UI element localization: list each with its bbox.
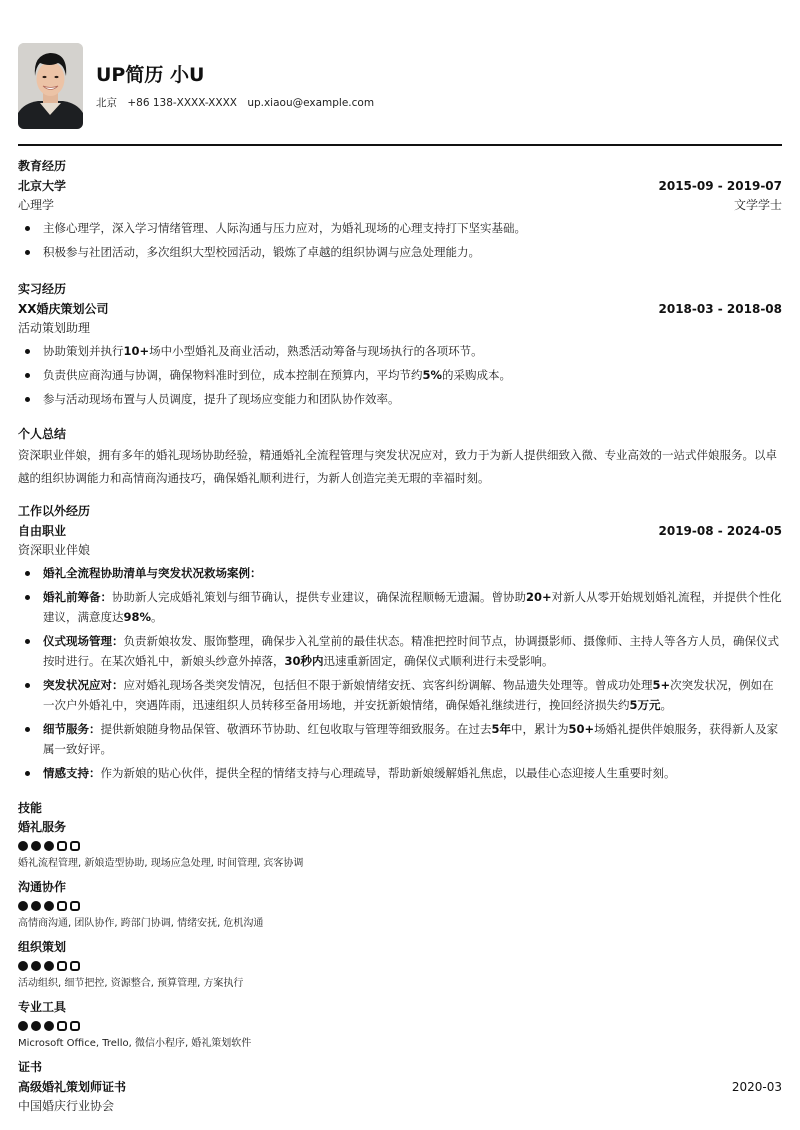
resume-body: 教育经历 北京大学 2015-09 - 2019-07 心理学 文学学士 主修心… [18, 157, 782, 1115]
filled-dot-icon [44, 841, 54, 851]
filled-dot-icon [18, 961, 28, 971]
bullet-text: 负责供应商沟通与协调，确保物料准时到位，成本控制在预算内，平均节约 [43, 368, 423, 382]
bullet-text: 的采购成本。 [442, 368, 511, 382]
list-item: 婚礼全流程协助清单与突发状况救场案例： [18, 563, 782, 583]
skill-name: 沟通协作 [18, 878, 782, 897]
bullet-highlight: 5% [423, 368, 443, 382]
filled-dot-icon [18, 901, 28, 911]
bullet-heading: 婚礼全流程协助清单与突发状况救场案例： [43, 566, 262, 580]
education-major: 心理学 [18, 196, 54, 214]
school-name: 北京大学 [18, 176, 66, 196]
filled-dot-icon [31, 841, 41, 851]
bullet-text: 。 [151, 610, 163, 624]
bullet-text: 迅速重新固定，确保仪式顺利进行未受影响。 [324, 654, 554, 668]
other-experience-section: 工作以外经历 自由职业 2019-08 - 2024-05 资深职业伴娘 婚礼全… [18, 502, 782, 783]
bullet-highlight: 30秒内 [285, 654, 324, 668]
section-title-summary: 个人总结 [18, 425, 782, 444]
empty-dot-icon [70, 901, 80, 911]
empty-dot-icon [57, 1021, 67, 1031]
section-title-certificates: 证书 [18, 1058, 782, 1077]
filled-dot-icon [44, 901, 54, 911]
summary-text: 资深职业伴娘，拥有多年的婚礼现场协助经验，精通婚礼全流程管理与突发状况应对，致力… [18, 444, 782, 490]
empty-dot-icon [57, 961, 67, 971]
empty-dot-icon [70, 1021, 80, 1031]
bullet-text: 协助策划并执行 [43, 344, 124, 358]
certificate-date: 2020-03 [732, 1077, 782, 1097]
list-item: 情感支持：作为新娘的贴心伙伴，提供全程的情绪支持与心理疏导，帮助新娘缓解婚礼焦虑… [18, 763, 782, 783]
education-bullets: 主修心理学，深入学习情绪管理、人际沟通与压力应对，为婚礼现场的心理支持打下坚实基… [18, 218, 782, 262]
filled-dot-icon [31, 1021, 41, 1031]
bullet-text: 作为新娘的贴心伙伴，提供全程的情绪支持与心理疏导，帮助新娘缓解婚礼焦虑，以最佳心… [101, 766, 676, 780]
list-item: 参与活动现场布置与人员调度，提升了现场应变能力和团队协作效率。 [18, 389, 782, 409]
org-name: 自由职业 [18, 521, 66, 541]
bullet-highlight: 5万元 [630, 698, 661, 712]
bullet-heading: 仪式现场管理： [43, 634, 124, 648]
skill-keywords: 婚礼流程管理, 新娘造型协助, 现场应急处理, 时间管理, 宾客协调 [18, 855, 782, 872]
contact-email[interactable]: up.xiaou@example.com [247, 97, 374, 109]
candidate-name: UP简历 小U [96, 63, 381, 87]
empty-dot-icon [57, 841, 67, 851]
empty-dot-icon [57, 901, 67, 911]
company-name: XX婚庆策划公司 [18, 299, 109, 319]
header-divider [18, 144, 782, 146]
contact-city: 北京 [96, 97, 117, 109]
portrait-image-icon [18, 43, 83, 129]
education-date: 2015-09 - 2019-07 [659, 176, 783, 196]
bullet-heading: 情感支持： [43, 766, 101, 780]
skill-keywords: 活动组织, 细节把控, 资源整合, 预算管理, 方案执行 [18, 975, 782, 992]
filled-dot-icon [18, 1021, 28, 1031]
resume-header: UP简历 小U 北京 +86 138-XXXX-XXXX up.xiaou@ex… [18, 43, 381, 129]
bullet-text: 提供新娘随身物品保管、敬酒环节协助、红包收取与管理等细致服务。在过去 [101, 722, 492, 736]
skill-level-rating [18, 840, 782, 851]
skill-keywords: 高情商沟通, 团队协作, 跨部门协调, 情绪安抚, 危机沟通 [18, 915, 782, 932]
bullet-highlight: 50+ [569, 722, 595, 736]
skill-item: 专业工具Microsoft Office, Trello, 微信小程序, 婚礼策… [18, 998, 782, 1052]
internship-date: 2018-03 - 2018-08 [659, 299, 783, 319]
section-title-other-experience: 工作以外经历 [18, 502, 782, 521]
section-title-skills: 技能 [18, 799, 782, 818]
list-item: 积极参与社团活动，多次组织大型校园活动，锻炼了卓越的组织协调与应急处理能力。 [18, 242, 782, 262]
bullet-text: 场中小型婚礼及商业活动，熟悉活动筹备与现场执行的各项环节。 [149, 344, 483, 358]
section-title-internship: 实习经历 [18, 280, 782, 299]
bullet-highlight: 5年 [492, 722, 512, 736]
other-experience-role: 资深职业伴娘 [18, 541, 782, 559]
contact-phone: +86 138-XXXX-XXXX [127, 97, 237, 109]
education-degree: 文学学士 [734, 196, 782, 214]
skill-name: 组织策划 [18, 938, 782, 957]
list-item: 婚礼前筹备：协助新人完成婚礼策划与细节确认，提供专业建议，确保流程顺畅无遗漏。曾… [18, 587, 782, 627]
skill-keywords: Microsoft Office, Trello, 微信小程序, 婚礼策划软件 [18, 1035, 782, 1052]
profile-photo [18, 43, 83, 129]
skill-level-rating [18, 960, 782, 971]
education-section: 教育经历 北京大学 2015-09 - 2019-07 心理学 文学学士 主修心… [18, 157, 782, 262]
filled-dot-icon [31, 901, 41, 911]
bullet-text: 中，累计为 [511, 722, 569, 736]
skill-name: 专业工具 [18, 998, 782, 1017]
skill-level-rating [18, 1020, 782, 1031]
skill-name: 婚礼服务 [18, 818, 782, 837]
filled-dot-icon [44, 961, 54, 971]
summary-section: 个人总结 资深职业伴娘，拥有多年的婚礼现场协助经验，精通婚礼全流程管理与突发状况… [18, 425, 782, 490]
skill-item: 婚礼服务婚礼流程管理, 新娘造型协助, 现场应急处理, 时间管理, 宾客协调 [18, 818, 782, 872]
bullet-heading: 突发状况应对： [43, 678, 124, 692]
list-item: 突发状况应对：应对婚礼现场各类突发情况，包括但不限于新娘情绪安抚、宾客纠纷调解、… [18, 675, 782, 715]
certificate-name: 高级婚礼策划师证书 [18, 1077, 126, 1097]
filled-dot-icon [31, 961, 41, 971]
list-item: 细节服务：提供新娘随身物品保管、敬酒环节协助、红包收取与管理等细致服务。在过去5… [18, 719, 782, 759]
bullet-highlight: 98% [124, 610, 152, 624]
bullet-highlight: 20+ [526, 590, 552, 604]
internship-role: 活动策划助理 [18, 319, 782, 337]
other-experience-date: 2019-08 - 2024-05 [659, 521, 783, 541]
bullet-text: 。 [661, 698, 673, 712]
skills-section: 技能 婚礼服务婚礼流程管理, 新娘造型协助, 现场应急处理, 时间管理, 宾客协… [18, 799, 782, 1052]
skill-item: 组织策划活动组织, 细节把控, 资源整合, 预算管理, 方案执行 [18, 938, 782, 992]
list-item: 主修心理学，深入学习情绪管理、人际沟通与压力应对，为婚礼现场的心理支持打下坚实基… [18, 218, 782, 238]
bullet-highlight: 5+ [653, 678, 671, 692]
skill-item: 沟通协作高情商沟通, 团队协作, 跨部门协调, 情绪安抚, 危机沟通 [18, 878, 782, 932]
filled-dot-icon [44, 1021, 54, 1031]
bullet-heading: 细节服务： [43, 722, 101, 736]
certificate-issuer: 中国婚庆行业协会 [18, 1097, 782, 1115]
contact-line: 北京 +86 138-XXXX-XXXX up.xiaou@example.co… [96, 95, 381, 110]
bullet-text: 参与活动现场布置与人员调度，提升了现场应变能力和团队协作效率。 [43, 392, 400, 406]
bullet-text: 协助新人完成婚礼策划与细节确认，提供专业建议，确保流程顺畅无遗漏。曾协助 [112, 590, 526, 604]
bullet-text: 应对婚礼现场各类突发情况，包括但不限于新娘情绪安抚、宾客纠纷调解、物品遗失处理等… [124, 678, 653, 692]
skills-list: 婚礼服务婚礼流程管理, 新娘造型协助, 现场应急处理, 时间管理, 宾客协调沟通… [18, 818, 782, 1052]
other-experience-bullets: 婚礼全流程协助清单与突发状况救场案例：婚礼前筹备：协助新人完成婚礼策划与细节确认… [18, 563, 782, 783]
internship-section: 实习经历 XX婚庆策划公司 2018-03 - 2018-08 活动策划助理 协… [18, 280, 782, 409]
skill-level-rating [18, 900, 782, 911]
bullet-heading: 婚礼前筹备： [43, 590, 112, 604]
empty-dot-icon [70, 841, 80, 851]
filled-dot-icon [18, 841, 28, 851]
section-title-education: 教育经历 [18, 157, 782, 176]
list-item: 协助策划并执行10+场中小型婚礼及商业活动，熟悉活动筹备与现场执行的各项环节。 [18, 341, 782, 361]
list-item: 负责供应商沟通与协调，确保物料准时到位，成本控制在预算内，平均节约5%的采购成本… [18, 365, 782, 385]
internship-bullets: 协助策划并执行10+场中小型婚礼及商业活动，熟悉活动筹备与现场执行的各项环节。 … [18, 341, 782, 409]
bullet-highlight: 10+ [124, 344, 150, 358]
empty-dot-icon [70, 961, 80, 971]
list-item: 仪式现场管理：负责新娘妆发、服饰整理，确保步入礼堂前的最佳状态。精准把控时间节点… [18, 631, 782, 671]
certificates-section: 证书 高级婚礼策划师证书 2020-03 中国婚庆行业协会 [18, 1058, 782, 1115]
